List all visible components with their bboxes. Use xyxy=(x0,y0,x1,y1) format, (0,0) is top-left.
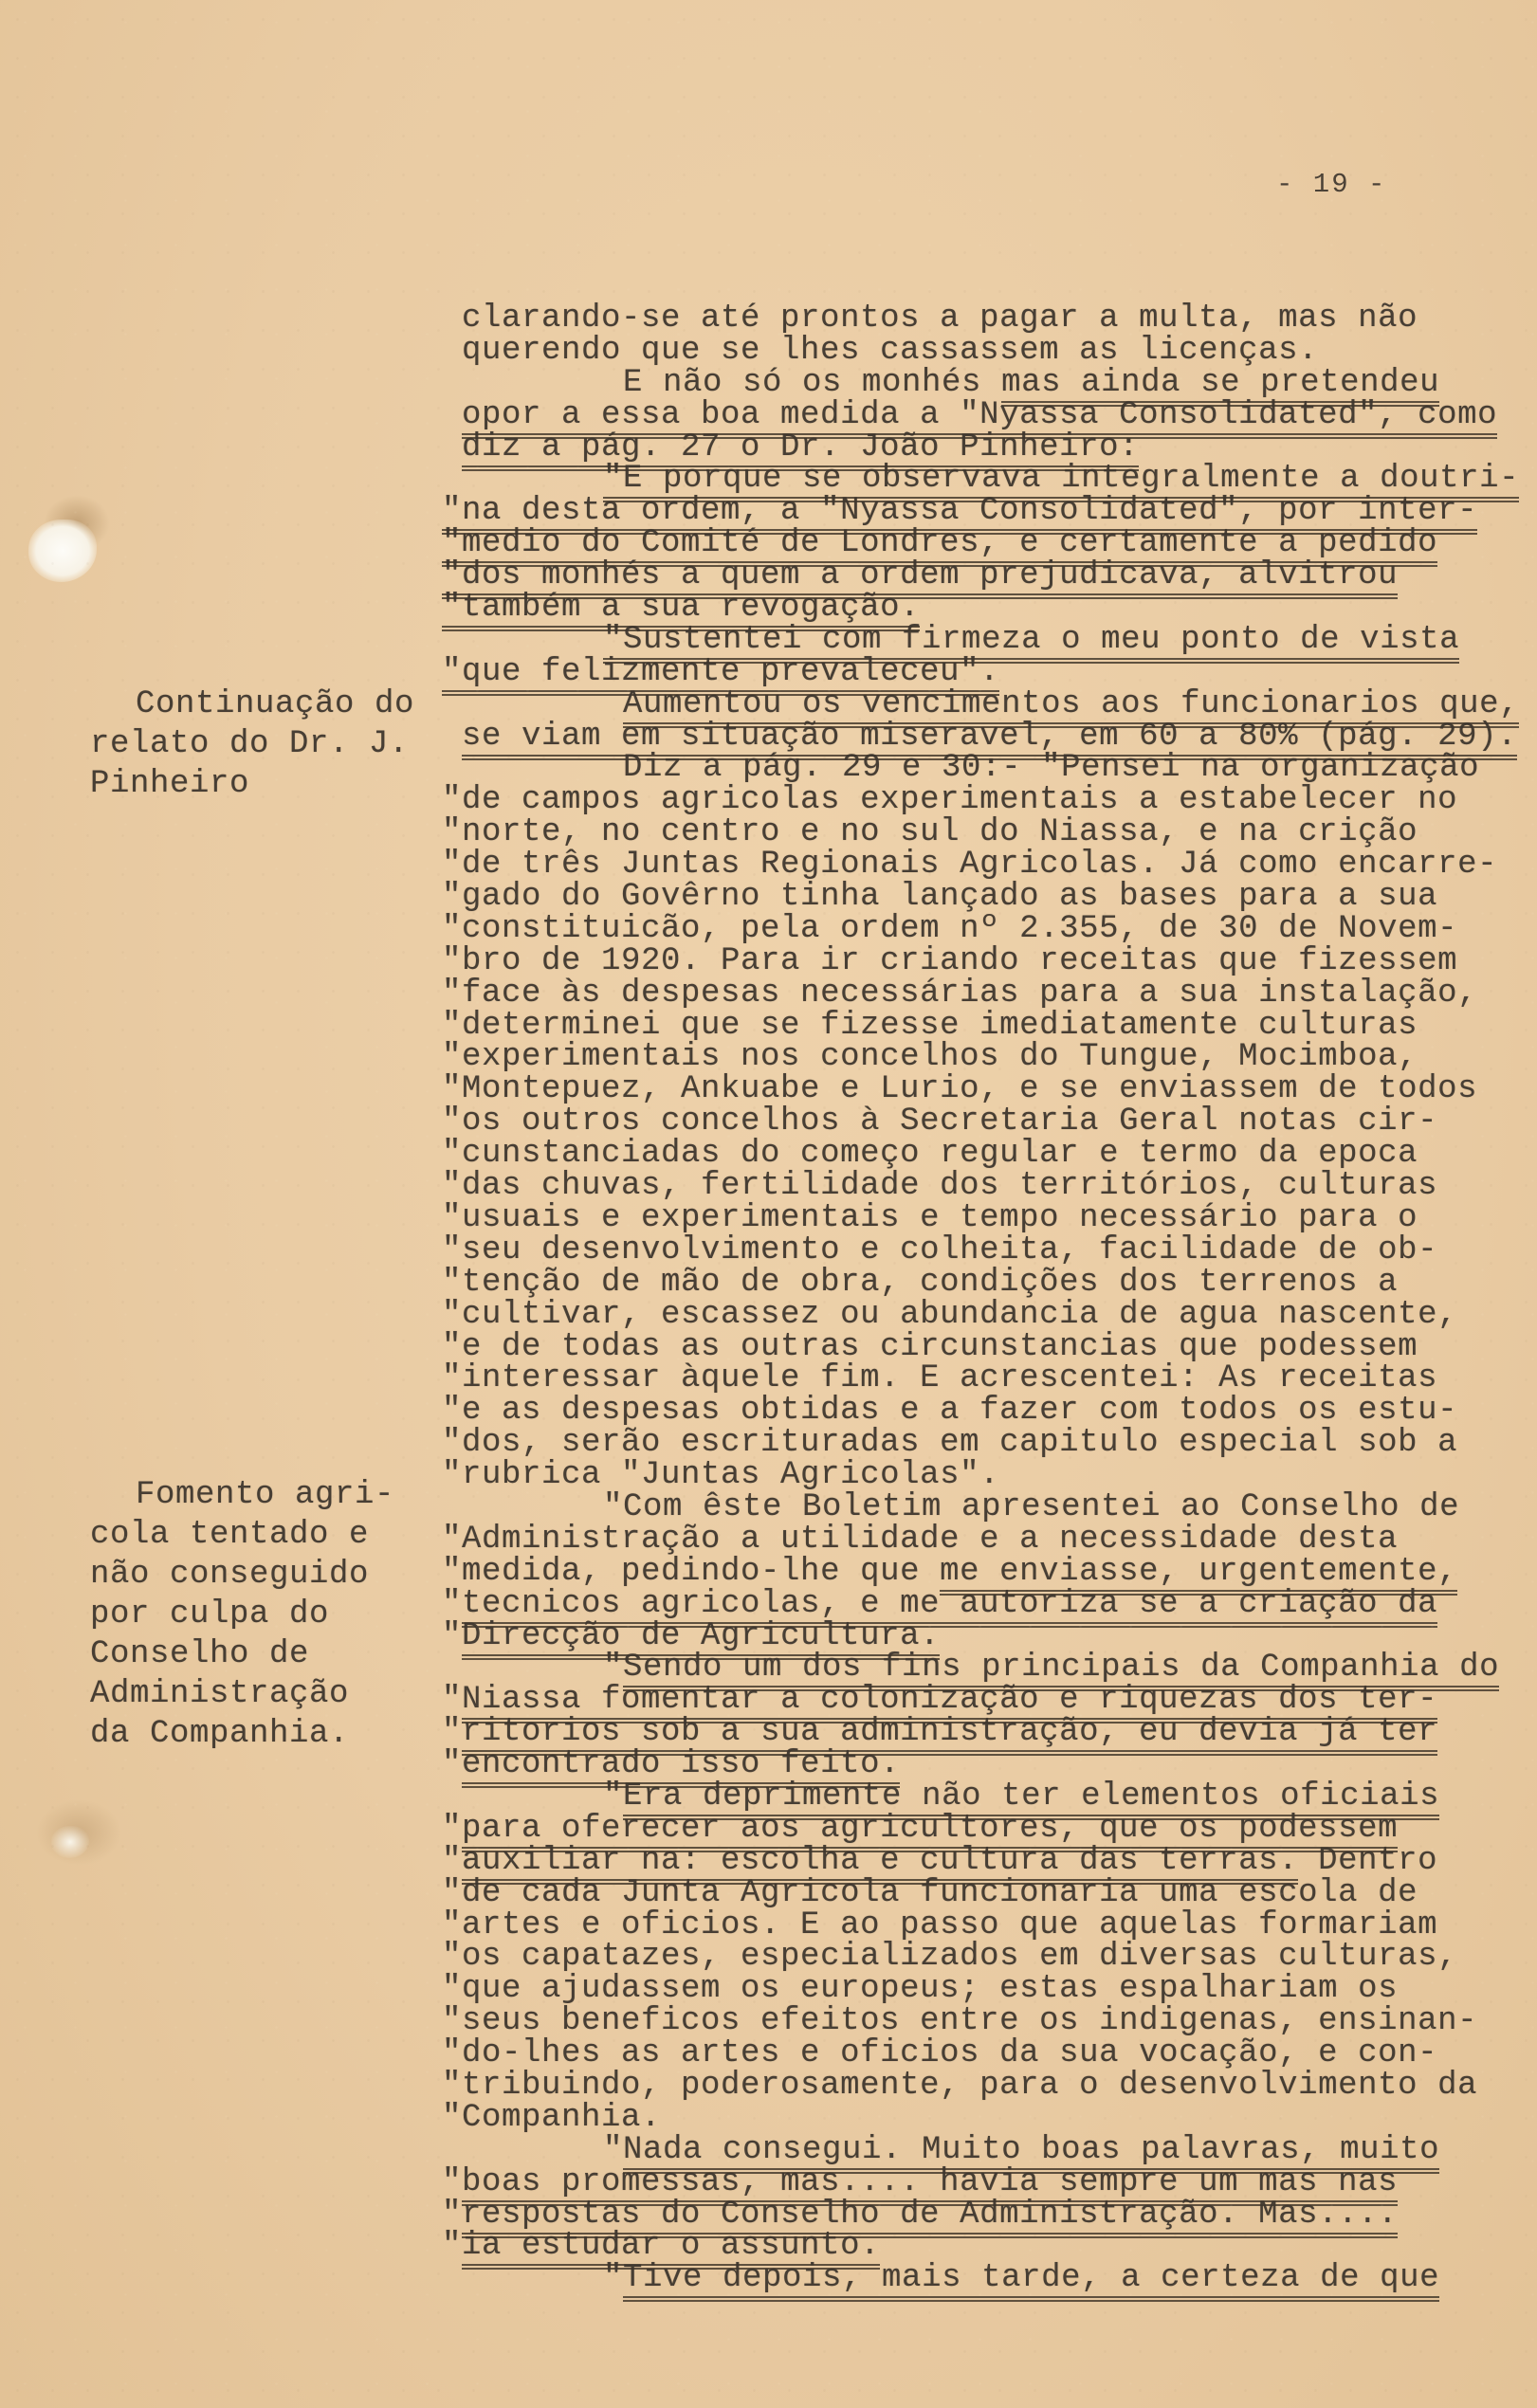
plain-text: "gado do Govêrno tinha lançado as bases … xyxy=(442,879,1437,915)
plain-text: clarando-se até prontos a pagar a multa,… xyxy=(462,301,1418,337)
text-line: "tribuindo, poderosamente, para o desenv… xyxy=(462,2071,1514,2103)
plain-text: E não só os monhés xyxy=(623,365,1001,401)
paper-hole xyxy=(17,493,121,607)
text-line: "e as despesas obtidas e a fazer com tod… xyxy=(462,1396,1514,1428)
margin-note-continuation: Continuação dorelato do Dr. J.Pinheiro xyxy=(90,684,460,804)
plain-text: " xyxy=(442,2197,462,2233)
text-line: clarando-se até prontos a pagar a multa,… xyxy=(462,303,1514,336)
plain-text: "tribuindo, poderosamente, para o desenv… xyxy=(442,2068,1477,2104)
plain-text: "cunstanciadas do começo regular e termo… xyxy=(442,1136,1418,1172)
plain-text: "de cada Junta Agricola funcionaria uma … xyxy=(442,1875,1418,1911)
plain-text: "e de todas as outras circunstancias que… xyxy=(442,1329,1418,1365)
underlined-text: Tive depois, mais tarde, a certeza de qu… xyxy=(623,2260,1439,2302)
text-line: "tenção de mão de obra, condições dos te… xyxy=(462,1268,1514,1300)
text-line: "experimentais nos concelhos do Tungue, … xyxy=(462,1042,1514,1074)
text-line: "e de todas as outras circunstancias que… xyxy=(462,1332,1514,1364)
text-line: "seu desenvolvimento e colheita, facilid… xyxy=(462,1235,1514,1268)
text-line: "boas promessas, mas.... havia sempre um… xyxy=(462,2167,1514,2199)
plain-text: " xyxy=(603,1650,623,1686)
text-line: "bro de 1920. Para ir criando receitas q… xyxy=(462,946,1514,978)
plain-text: "rubrica "Juntas Agricolas". xyxy=(442,1457,999,1493)
text-line: "do-lhes as artes e oficios da sua vocaç… xyxy=(462,2038,1514,2071)
text-line: "os outros concelhos à Secretaria Geral … xyxy=(462,1106,1514,1139)
plain-text: " xyxy=(442,1586,462,1622)
margin-note-line: por culpa do xyxy=(90,1595,460,1634)
text-line: "norte, no centro e no sul do Niassa, e … xyxy=(462,817,1514,849)
plain-text: "determinei que se fizesse imediatamente… xyxy=(442,1008,1418,1044)
plain-text: "artes e oficios. E ao passo que aquelas… xyxy=(442,1907,1437,1943)
plain-text: "cultivar, escassez ou abundancia de agu… xyxy=(442,1297,1457,1333)
text-line: "Era deprimente não ter elementos oficia… xyxy=(462,1781,1514,1814)
plain-text: "do-lhes as artes e oficios da sua vocaç… xyxy=(442,2035,1437,2071)
plain-text: " xyxy=(603,2132,623,2168)
margin-note-line: Fomento agri- xyxy=(90,1475,460,1515)
margin-note-line: Pinheiro xyxy=(90,764,460,804)
text-line: "face às despesas necessárias para a sua… xyxy=(462,978,1514,1011)
text-line: "de três Juntas Regionais Agricolas. Já … xyxy=(462,849,1514,882)
plain-text: " xyxy=(442,2164,462,2200)
margin-note-line: não conseguido xyxy=(90,1555,460,1595)
plain-text: "que ajudassem os europeus; estas espalh… xyxy=(442,1971,1398,2007)
plain-text: "usuais e experimentais e tempo necessár… xyxy=(442,1200,1418,1236)
text-line: "E porque se observava integralmente a d… xyxy=(462,464,1514,496)
plain-text: "Com êste Boletim apresentei ao Conselho… xyxy=(603,1489,1459,1525)
margin-note-fomento: Fomento agri-cola tentado enão conseguid… xyxy=(90,1475,460,1754)
text-line: E não só os monhés mas ainda se pretende… xyxy=(462,368,1514,400)
paper-tear-shadow xyxy=(36,1799,121,1866)
plain-text: querendo que se lhes cassassem as licenç… xyxy=(462,333,1318,369)
text-line: "para oferecer aos agricultores, que os … xyxy=(462,1814,1514,1846)
plain-text: "seu desenvolvimento e colheita, facilid… xyxy=(442,1232,1437,1268)
plain-text: "interessar àquele fim. E acrescentei: A… xyxy=(442,1360,1437,1396)
text-line: "interessar àquele fim. E acrescentei: A… xyxy=(462,1363,1514,1396)
plain-text: "bro de 1920. Para ir criando receitas q… xyxy=(442,943,1457,979)
text-line: "Nada consegui. Muito boas palavras, mui… xyxy=(462,2135,1514,2167)
text-line: querendo que se lhes cassassem as licenç… xyxy=(462,336,1514,368)
plain-text: "os capatazes, especializados em diversa… xyxy=(442,1939,1457,1975)
plain-text: "das chuvas, fertilidade dos territórios… xyxy=(442,1168,1437,1204)
plain-text: "constituicão, pela ordem nº 2.355, de 3… xyxy=(442,911,1457,947)
plain-text: " xyxy=(603,2260,623,2296)
text-line: "medida, pedindo-lhe que me enviasse, ur… xyxy=(462,1557,1514,1589)
paper-tear-core xyxy=(51,1826,89,1858)
plain-text: "Companhia. xyxy=(442,2100,661,2136)
text-line: "gado do Govêrno tinha lançado as bases … xyxy=(462,882,1514,914)
text-line: "rubrica "Juntas Agricolas". xyxy=(462,1460,1514,1492)
text-line: "de campos agricolas experimentais a est… xyxy=(462,785,1514,817)
plain-text: "face às despesas necessárias para a sua… xyxy=(442,976,1477,1012)
margin-note-line: relato do Dr. J. xyxy=(90,724,460,764)
text-line: "seus beneficos efeitos entre os indigen… xyxy=(462,2006,1514,2038)
plain-text: " xyxy=(442,1714,462,1750)
text-line: "medio do Comité de Londres, e certament… xyxy=(462,528,1514,560)
text-line: "tecnicos agricolas, e me autoriza se a … xyxy=(462,1589,1514,1621)
text-line: "cultivar, escassez ou abundancia de agu… xyxy=(462,1300,1514,1332)
text-line: "Companhia. xyxy=(462,2103,1514,2135)
document-page: - 19 - Continuação dorelato do Dr. J.Pin… xyxy=(0,0,1537,2408)
text-line: "Niassa fomentar a colonização e riqueza… xyxy=(462,1685,1514,1717)
text-line: "os capatazes, especializados em diversa… xyxy=(462,1942,1514,1974)
page-number: - 19 - xyxy=(1276,169,1386,200)
plain-text: "seus beneficos efeitos entre os indigen… xyxy=(442,2003,1477,2039)
text-line: "dos monhés a quem a ordem prejudicava, … xyxy=(462,560,1514,593)
text-line: "Tive depois, mais tarde, a certeza de q… xyxy=(462,2263,1514,2295)
plain-text: "Montepuez, Ankuabe e Lurio, e se envias… xyxy=(442,1071,1477,1107)
text-line: "ritorios sob a sua administração, eu de… xyxy=(462,1717,1514,1749)
text-line: "Montepuez, Ankuabe e Lurio, e se envias… xyxy=(462,1074,1514,1106)
plain-text: "tenção de mão de obra, condições dos te… xyxy=(442,1265,1398,1301)
text-line: "respostas do Conselho de Administração.… xyxy=(462,2199,1514,2232)
plain-text: "norte, no centro e no sul do Niassa, e … xyxy=(442,814,1418,850)
plain-text: " xyxy=(442,1843,462,1879)
text-line: "na desta ordem, a "Nyassa Consolidated"… xyxy=(462,496,1514,528)
paper-hole-shadow xyxy=(44,495,110,552)
plain-text: "Administração a utilidade e a necessida… xyxy=(442,1522,1398,1558)
plain-text: " xyxy=(442,2228,462,2264)
text-line: "Administração a utilidade e a necessida… xyxy=(462,1524,1514,1557)
margin-note-line: Conselho de xyxy=(90,1634,460,1674)
paper-tear xyxy=(19,1792,133,1906)
plain-text: " xyxy=(442,1682,462,1718)
plain-text: "de campos agricolas experimentais a est… xyxy=(442,782,1457,818)
plain-text: " xyxy=(442,1746,462,1782)
body-text: clarando-se até prontos a pagar a multa,… xyxy=(462,303,1514,2295)
text-line: "Sustentei com firmeza o meu ponto de vi… xyxy=(462,625,1514,657)
text-line: "artes e oficios. E ao passo que aquelas… xyxy=(462,1910,1514,1943)
margin-note-line: Administração xyxy=(90,1674,460,1714)
plain-text: "experimentais nos concelhos do Tungue, … xyxy=(442,1039,1418,1075)
plain-text: "dos, serão escrituradas em capitulo esp… xyxy=(442,1425,1457,1461)
text-line: "determinei que se fizesse imediatamente… xyxy=(462,1011,1514,1043)
plain-text: " xyxy=(603,1779,623,1815)
plain-text: Dentro xyxy=(1298,1843,1437,1879)
margin-note-line: Continuação do xyxy=(90,684,460,724)
margin-note-line: cola tentado e xyxy=(90,1515,460,1555)
paper-hole-core xyxy=(28,520,97,582)
text-line: "de cada Junta Agricola funcionaria uma … xyxy=(462,1878,1514,1910)
text-line: "que ajudassem os europeus; estas espalh… xyxy=(462,1974,1514,2006)
plain-text: "medida, pedindo-lhe que xyxy=(442,1554,940,1590)
plain-text: " xyxy=(442,1811,462,1847)
text-line: "usuais e experimentais e tempo necessár… xyxy=(462,1203,1514,1235)
text-line: "dos, serão escrituradas em capitulo esp… xyxy=(462,1428,1514,1460)
text-line: "constituicão, pela ordem nº 2.355, de 3… xyxy=(462,914,1514,946)
text-line: "das chuvas, fertilidade dos territórios… xyxy=(462,1171,1514,1203)
text-line: "Sendo um dos fins principais da Companh… xyxy=(462,1652,1514,1685)
text-line: "cunstanciadas do começo regular e termo… xyxy=(462,1139,1514,1171)
text-line: opor a essa boa medida a "Nyassa Consoli… xyxy=(462,400,1514,432)
text-line: "Com êste Boletim apresentei ao Conselho… xyxy=(462,1492,1514,1524)
plain-text: " xyxy=(442,1618,462,1654)
plain-text: "de três Juntas Regionais Agricolas. Já … xyxy=(442,847,1497,883)
text-line: "auxiliar na: escolha e cultura das terr… xyxy=(462,1846,1514,1878)
margin-note-line: da Companhia. xyxy=(90,1714,460,1754)
plain-text: "os outros concelhos à Secretaria Geral … xyxy=(442,1104,1437,1140)
plain-text: "e as despesas obtidas e a fazer com tod… xyxy=(442,1393,1457,1429)
text-line: se viam em situação miseravel, em 60 a 8… xyxy=(462,721,1514,754)
plain-text: Diz a pág. 29 e 30:- "Pensei na organiza… xyxy=(623,750,1479,786)
